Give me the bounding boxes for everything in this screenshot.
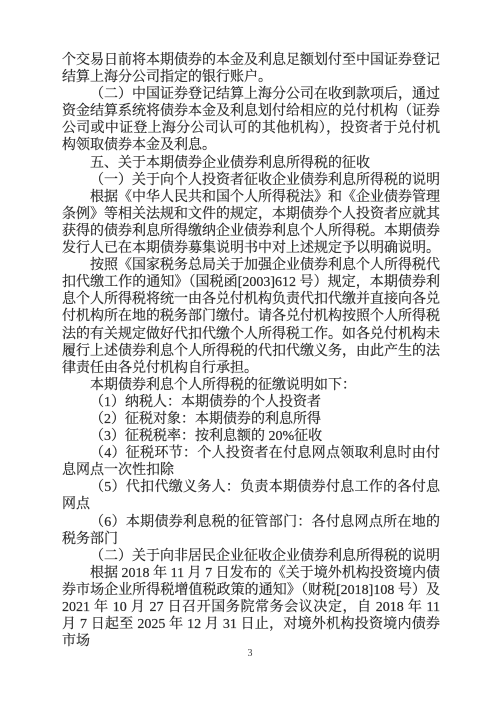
list-item: （5）代扣代缴义务人：负责本期债券付息工作的各付息网点 <box>62 479 440 513</box>
paragraph: 本期债券利息个人所得税的征缴说明如下： <box>62 377 440 394</box>
list-item: （1）纳税人：本期债券的个人投资者 <box>62 394 440 411</box>
document-page: 个交易日前将本期债券的本金及利息足额划付至中国证券登记结算上海分公司指定的银行账… <box>0 0 500 707</box>
paragraph: 按照《国家税务总局关于加强企业债券利息个人所得税代扣代缴工作的通知》（国税函[2… <box>62 257 440 377</box>
section-heading: 五、关于本期债券企业债券利息所得税的征收 <box>62 155 440 172</box>
list-item: （4）征税环节：个人投资者在付息网点领取利息时由付息网点一次性扣除 <box>62 445 440 479</box>
subsection-heading: （一）关于向个人投资者征收企业债券利息所得税的说明 <box>62 172 440 189</box>
paragraph: 根据《中华人民共和国个人所得税法》和《企业债券管理条例》等相关法规和文件的规定，… <box>62 189 440 257</box>
list-item: （3）征税税率：按利息额的 20%征收 <box>62 428 440 445</box>
paragraph: （二）中国证券登记结算上海分公司在收到款项后，通过资金结算系统将债券本金及利息划… <box>62 86 440 154</box>
document-body: 个交易日前将本期债券的本金及利息足额划付至中国证券登记结算上海分公司指定的银行账… <box>62 52 440 650</box>
paragraph: 根据 2018 年 11 月 7 日发布的《关于境外机构投资境内债券市场企业所得… <box>62 565 440 650</box>
list-item: （6）本期债券利息税的征管部门：各付息网点所在地的税务部门 <box>62 514 440 548</box>
page-number: 3 <box>0 648 500 659</box>
list-item: （2）征税对象：本期债券的利息所得 <box>62 411 440 428</box>
paragraph: 个交易日前将本期债券的本金及利息足额划付至中国证券登记结算上海分公司指定的银行账… <box>62 52 440 86</box>
subsection-heading: （二）关于向非居民企业征收企业债券利息所得税的说明 <box>62 548 440 565</box>
